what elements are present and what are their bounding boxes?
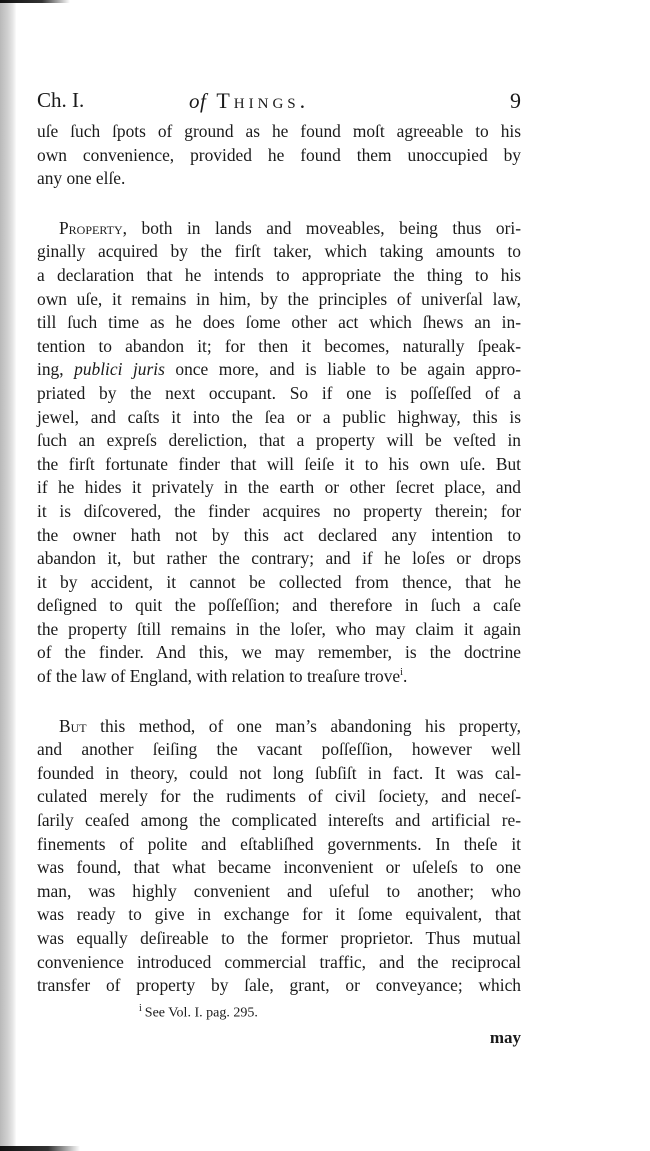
paragraph-property: Property, both in lands and moveables, b…: [37, 217, 521, 689]
footnote-marker: i: [139, 1003, 142, 1014]
text-line: the owner hath not by this act declared …: [37, 524, 521, 548]
text-line: uſe ſuch ſpots of ground as he found moſ…: [37, 120, 521, 144]
body-text: uſe ſuch ſpots of ground as he found moſ…: [37, 120, 521, 998]
running-title-prefix: of: [189, 89, 206, 113]
text-line: abandon it, but rather the contrary; and…: [37, 547, 521, 571]
text-line: ing, publici juris once more, and is lia…: [37, 358, 521, 382]
running-title: ofThings.: [189, 88, 309, 114]
text-line: ſuch an expreſs dereliction, that a prop…: [37, 429, 521, 453]
text-line: Property, both in lands and moveables, b…: [37, 217, 521, 241]
text-line: tention to abandon it; for then it becom…: [37, 335, 521, 359]
page-number: 9: [510, 88, 521, 114]
running-head: Ch. I. ofThings. 9: [37, 88, 521, 118]
text-line: any one elſe.: [37, 167, 521, 191]
scan-edge-bottom: [0, 1146, 80, 1151]
lead-word: Property,: [59, 218, 127, 238]
page-gutter-shadow: [0, 0, 16, 1151]
paragraph-but: But this method, of one man’s abandoning…: [37, 715, 521, 998]
footnote: iSee Vol. I. pag. 295.: [139, 1003, 258, 1022]
text-line: if he hides it privately in the earth or…: [37, 476, 521, 500]
text-line: culated merely for the rudiments of civi…: [37, 785, 521, 809]
text-line: was found, that what became inconvenient…: [37, 856, 521, 880]
scan-edge-top: [0, 0, 70, 3]
text-line: it by accident, it cannot be collected f…: [37, 571, 521, 595]
text-line: own convenience, provided he found them …: [37, 144, 521, 168]
text-line: till ſuch time as he does ſome other act…: [37, 311, 521, 335]
running-title-word: Things.: [216, 88, 309, 113]
text-line: transfer of property by ſale, grant, or …: [37, 974, 521, 998]
text-line: finements of polite and eſtabliſhed gove…: [37, 833, 521, 857]
catchword: may: [490, 1028, 521, 1048]
text-line: own uſe, it remains in him, by the princ…: [37, 288, 521, 312]
text-line: a declaration that he intends to appropr…: [37, 264, 521, 288]
text-line: ſarily ceaſed among the complicated inte…: [37, 809, 521, 833]
text-line: But this method, of one man’s abandoning…: [37, 715, 521, 739]
text-line: the property ſtill remains in the loſer,…: [37, 618, 521, 642]
text-line: man, was highly convenient and uſeful to…: [37, 880, 521, 904]
text-line: priated by the next occupant. So if one …: [37, 382, 521, 406]
text-line: founded in theory, could not long ſubſiſ…: [37, 762, 521, 786]
footnote-text: See Vol. I. pag. 295.: [145, 1006, 258, 1021]
text-line: jewel, and caſts it into the ſea or a pu…: [37, 406, 521, 430]
text-line: convenience introduced commercial traffi…: [37, 951, 521, 975]
text-line: it is diſcovered, the finder acquires no…: [37, 500, 521, 524]
paragraph-continuation: uſe ſuch ſpots of ground as he found moſ…: [37, 120, 521, 191]
chapter-label: Ch. I.: [37, 88, 84, 113]
text-line: of the law of England, with relation to …: [37, 665, 521, 689]
text-line: ginally acquired by the firſt taker, whi…: [37, 240, 521, 264]
text-line: and another ſeiſing the vacant poſſeſſio…: [37, 738, 521, 762]
text-line: was equally deſireable to the former pro…: [37, 927, 521, 951]
text-line: of the finder. And this, we may remember…: [37, 641, 521, 665]
text-line: was ready to give in exchange for it ſom…: [37, 903, 521, 927]
text-line: deſigned to quit the poſſeſſion; and the…: [37, 594, 521, 618]
italic-phrase: publici juris: [74, 359, 165, 379]
text-line: the firſt fortunate finder that will ſei…: [37, 453, 521, 477]
lead-word: But: [59, 716, 87, 736]
